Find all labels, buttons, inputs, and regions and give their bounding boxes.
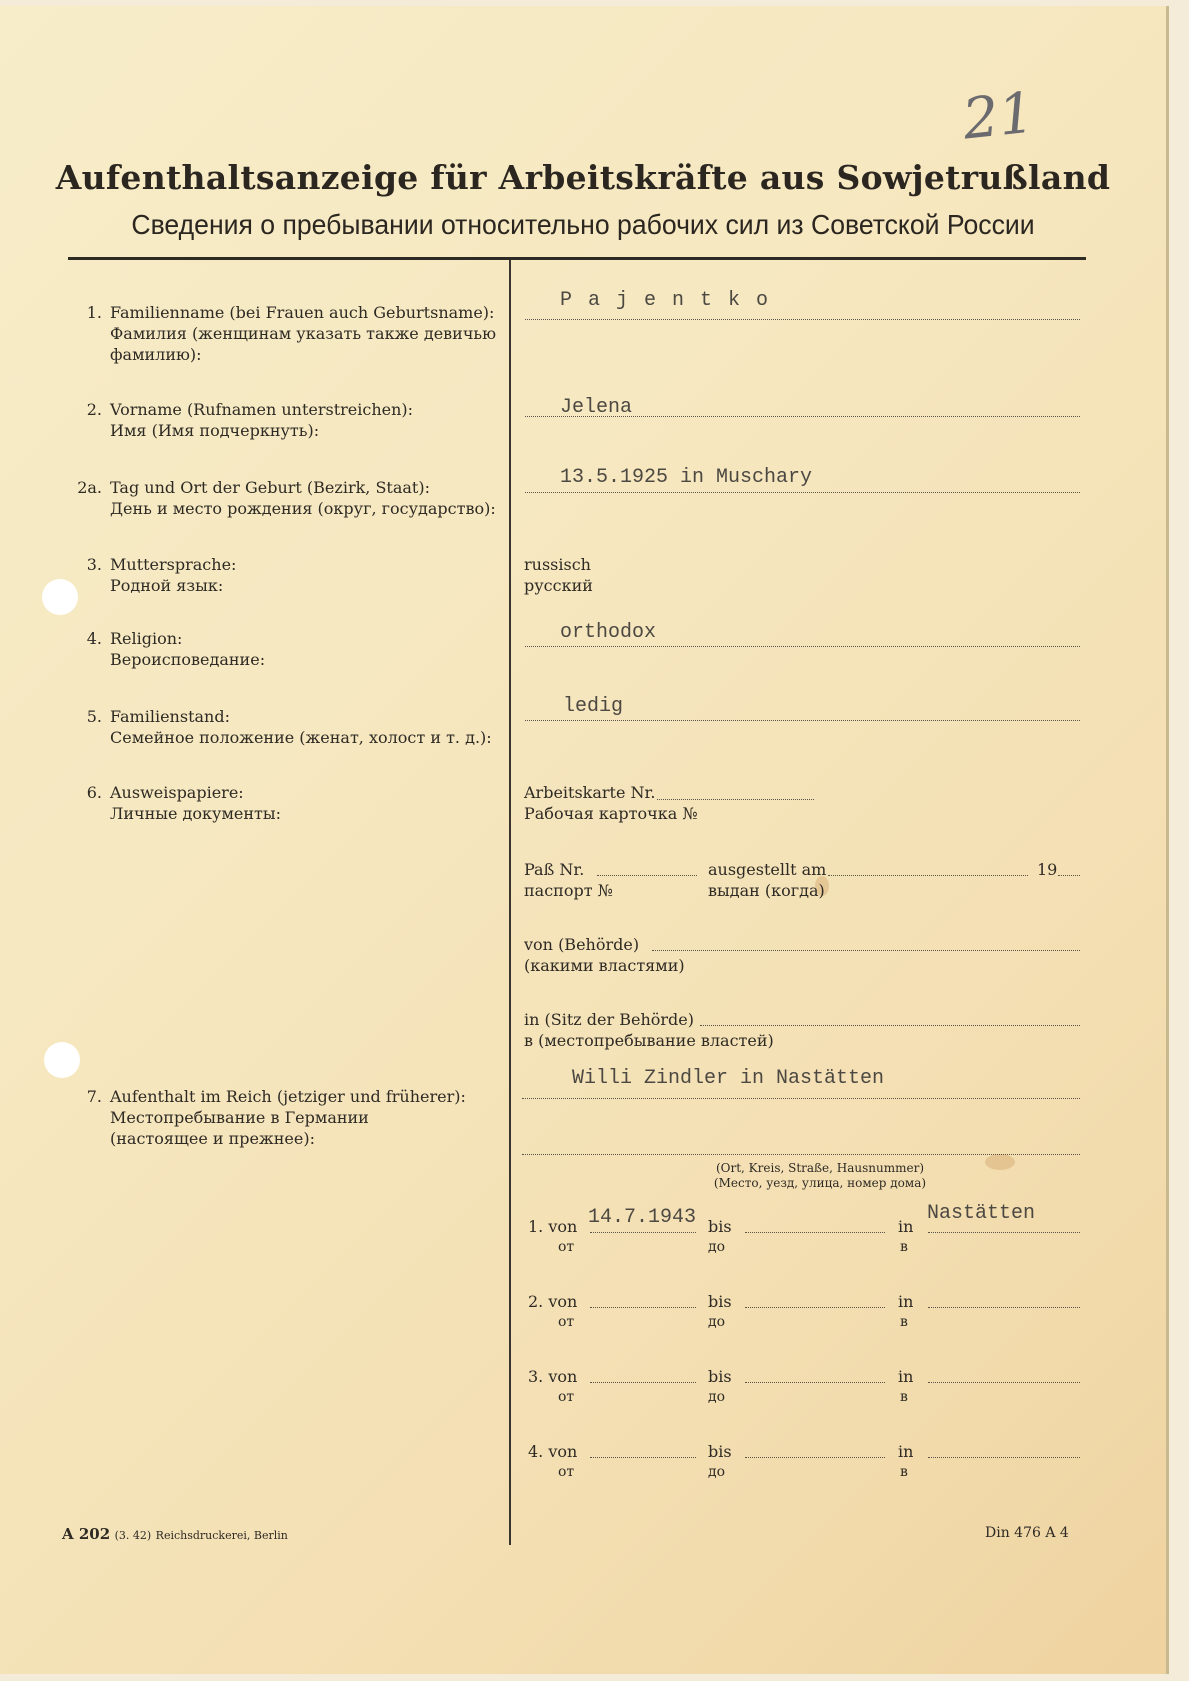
footer-form-info: A 202 (3. 42) Reichsdruckerei, Berlin [62,1525,288,1543]
question-label-ru: Фамилия (женщинам указать также девичью [70,323,496,344]
from-label-ru: от [558,1314,574,1330]
form-edition: (3. 42) [115,1529,152,1542]
in-label-de: in [898,1442,913,1461]
in-label-de: in [898,1292,913,1311]
question-label-de: Muttersprache: [110,555,236,574]
in-label-de: in [898,1367,913,1386]
title-german: Aufenthaltsanzeige für Arbeitskräfte aus… [0,158,1166,197]
stay-1-place-value[interactable]: Nastätten [927,1202,1035,1225]
question-2: 2.Vorname (Rufnamen unterstreichen): Имя… [70,399,413,441]
form-number: A 202 [62,1525,110,1543]
question-label-ru: Местопребывание в Германии [70,1107,466,1128]
address-hint-ru: (Место, уезд, улица, номер дома) [600,1176,1040,1191]
question-label-ru-cont: фамилию): [70,344,496,365]
authority-label-de: von (Behörde) [524,934,685,955]
punch-hole [44,1042,80,1078]
stay-number: 1. [528,1217,543,1236]
from-label-ru: от [558,1239,574,1255]
issued-label-de: ausgestellt am [708,859,826,880]
question-number: 6. [70,782,102,803]
question-number: 7. [70,1086,102,1107]
question-label-ru: Имя (Имя подчеркнуть): [70,420,413,441]
stay-2-to-input[interactable] [745,1307,885,1308]
question-label-ru: Вероисповедание: [70,649,265,670]
to-label-de: bis [708,1217,732,1236]
question-4: 4.Religion: Вероисповедание: [70,628,265,670]
question-label-ru-cont: (настоящее и прежнее): [70,1128,466,1149]
from-label-de: von [548,1367,577,1386]
family-name-value[interactable]: P a j e n t k o [560,289,770,312]
question-label-de: Vorname (Rufnamen unterstreichen): [110,400,413,419]
stay-4-place-input[interactable] [928,1457,1080,1458]
handwritten-page-number: 21 [960,80,1038,152]
authority-seat-input[interactable] [700,1025,1080,1026]
question-label-ru: Личные документы: [70,803,281,824]
first-name-line [525,416,1080,417]
in-label-ru: в [900,1239,908,1255]
question-7: 7.Aufenthalt im Reich (jetziger und früh… [70,1086,466,1149]
from-label-ru: от [558,1389,574,1405]
stay-number: 3. [528,1367,543,1386]
religion-value[interactable]: orthodox [560,621,656,644]
question-number: 3. [70,554,102,575]
question-6: 6.Ausweispapiere: Личные документы: [70,782,281,824]
question-label-de: Aufenthalt im Reich (jetziger und früher… [110,1087,466,1106]
in-label-ru: в [900,1389,908,1405]
residence-line-1 [522,1098,1080,1099]
religion-line [525,646,1080,647]
family-name-line [525,319,1080,320]
stay-2-from-input[interactable] [590,1307,696,1308]
question-label-ru: День и место рождения (округ, государств… [70,498,496,519]
issued-date-input[interactable] [828,875,1028,876]
passport-label-de: Paß Nr. [524,859,613,880]
to-label-de: bis [708,1292,732,1311]
stay-4-to-input[interactable] [745,1457,885,1458]
stay-number: 2. [528,1292,543,1311]
stay-1-from-value[interactable]: 14.7.1943 [588,1206,696,1229]
column-divider [509,260,511,1545]
from-label-de: von [548,1292,577,1311]
mother-tongue-ru: русский [524,575,593,596]
question-label-de: Ausweispapiere: [110,783,244,802]
work-card-input[interactable] [657,799,814,800]
in-label-ru: в [900,1314,908,1330]
to-label-de: bis [708,1442,732,1461]
birth-line [525,492,1080,493]
authority-input[interactable] [652,950,1080,951]
residence-value[interactable]: Willi Zindler in Nastätten [572,1067,884,1090]
authority-seat-label-ru: в (местопребывание властей) [524,1030,774,1051]
from-label-de: von [548,1442,577,1461]
question-number: 5. [70,706,102,727]
question-label-ru: Родной язык: [70,575,236,596]
question-5: 5.Familienstand: Семейное положение (жен… [70,706,492,748]
passport-number-input[interactable] [597,875,697,876]
marital-status-line [525,720,1080,721]
issued-label-ru: выдан (когда) [708,880,826,901]
work-card-field: Arbeitskarte Nr. Рабочая карточка № [524,782,697,824]
address-hint: (Ort, Kreis, Straße, Hausnummer) (Место,… [600,1161,1040,1191]
from-label-ru: от [558,1464,574,1480]
in-label-de: in [898,1217,913,1236]
stay-3-place-input[interactable] [928,1382,1080,1383]
question-number: 4. [70,628,102,649]
question-3: 3.Muttersprache: Родной язык: [70,554,236,596]
question-label-de: Familienname (bei Frauen auch Geburtsnam… [110,303,494,322]
question-1: 1.Familienname (bei Frauen auch Geburtsn… [70,302,496,365]
stay-2-place-input[interactable] [928,1307,1080,1308]
printer-name: Reichsdruckerei, Berlin [156,1529,288,1542]
passport-field: Paß Nr. паспорт № [524,859,613,901]
to-label-ru: до [708,1314,725,1330]
form-page: 21 Aufenthaltsanzeige für Arbeitskräfte … [0,6,1169,1674]
question-number: 2. [70,399,102,420]
question-label-de: Familienstand: [110,707,230,726]
question-2a: 2a.Tag und Ort der Geburt (Bezirk, Staat… [70,477,496,519]
year-prefix: 19 [1037,859,1057,880]
stay-1-to-input[interactable] [745,1232,885,1233]
to-label-ru: до [708,1464,725,1480]
question-label-de: Religion: [110,629,182,648]
title-russian: Сведения о пребывании относительно рабоч… [29,209,1137,241]
authority-seat-label-de: in (Sitz der Behörde) [524,1009,774,1030]
address-hint-de: (Ort, Kreis, Straße, Hausnummer) [600,1161,1040,1176]
authority-field: von (Behörde) (какими властями) [524,934,685,976]
to-label-ru: до [708,1239,725,1255]
mother-tongue-value: russisch русский [524,554,593,596]
stay-1-place-line [928,1232,1080,1233]
stay-4-from-input[interactable] [590,1457,696,1458]
question-label-de: Tag und Ort der Geburt (Bezirk, Staat): [110,478,430,497]
header-rule [68,257,1086,260]
residence-line-2[interactable] [522,1154,1080,1155]
year-input[interactable] [1058,875,1080,876]
stay-number: 4. [528,1442,543,1461]
din-format: Din 476 A 4 [985,1525,1069,1541]
work-card-label-ru: Рабочая карточка № [524,803,697,824]
stay-1-from-line [590,1232,696,1233]
birth-date-place-value[interactable]: 13.5.1925 in Muschary [560,466,812,489]
in-label-ru: в [900,1464,908,1480]
passport-label-ru: паспорт № [524,880,613,901]
authority-seat-field: in (Sitz der Behörde) в (местопребывание… [524,1009,774,1051]
issued-field: ausgestellt am выдан (когда) [708,859,826,901]
authority-label-ru: (какими властями) [524,955,685,976]
stay-3-to-input[interactable] [745,1382,885,1383]
question-label-ru: Семейное положение (женат, холост и т. д… [70,727,492,748]
mother-tongue-de: russisch [524,554,593,575]
question-number: 1. [70,302,102,323]
question-number: 2a. [70,477,102,498]
marital-status-value[interactable]: ledig [563,695,623,718]
to-label-de: bis [708,1367,732,1386]
stay-3-from-input[interactable] [590,1382,696,1383]
to-label-ru: до [708,1389,725,1405]
from-label-de: von [548,1217,577,1236]
